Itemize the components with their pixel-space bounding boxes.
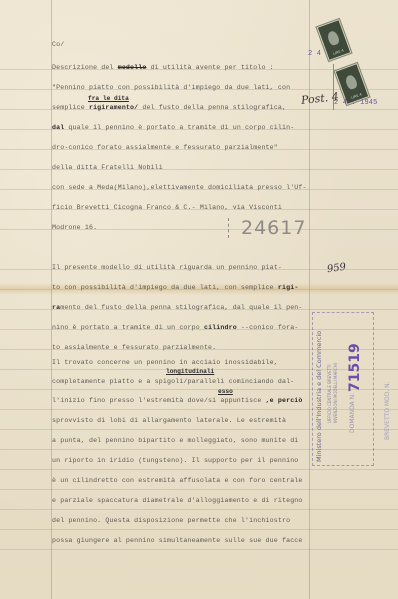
model-label: BREVETTO MOD. N. [384,360,391,440]
body-line-1: Il presente modello di utilità riguarda … [52,264,282,271]
right-margin-line [309,0,310,599]
office-line-2: INVENZIONI MODELLI MARCHI [333,333,338,423]
handwritten-reference: 959 [326,262,346,276]
title-line-9: Modrone 16. [52,224,97,231]
ministry-label: Ministero dell'Industria e del Commercio [315,317,323,462]
body-line-11: un riporto in iridio (tungsteno). Il sup… [52,457,298,464]
body-line-10: a punta, del pennino bipartito e mollegg… [52,437,298,444]
body-line-3: ramento del fusto della penna stilografi… [52,304,303,311]
text-fragment: to con possibilità d'impiego da due lati… [52,284,278,291]
bold-word: ,e perciò [266,397,303,404]
title-line-5: dro-conico forato assialmente e fessurat… [52,144,278,151]
body-line-14: del pennino. Questa disposizione permett… [52,517,290,524]
application-number: 71519 [347,317,363,392]
title-line-2: "Pennino piatto con possibilità d'impieg… [52,84,290,91]
body-line-6: Il trovato concerne un pennino in acciai… [52,359,278,366]
text-fragment: quale il pennino è portato a tramite di … [64,124,294,131]
application-label: DOMANDA N. [349,393,356,433]
cancellation-mark: 2 4 [308,50,321,58]
header-reference: Co/ [52,41,64,48]
portrait-icon [326,30,340,47]
number-stamp-bracket [228,218,230,238]
postage-stamp: LIRE 4 [317,19,352,61]
rule-line [0,509,398,510]
cancellation-date: 2 4 . 1945 [334,99,378,107]
title-line-6: della ditta Fratelli Nobili [52,164,163,171]
text-fragment: del fusto della penna stilografica, [138,104,286,111]
typed-insertion: esso [218,388,233,395]
rule-line [0,469,398,470]
body-line-8: l'inizio fino presso l'estremità dove/si… [52,397,303,404]
title-line-1: Descrizione del modello di utilità avent… [52,64,274,71]
text-fragment: Descrizione del [52,64,118,71]
text-fragment: di utilità avente per titolo : [146,64,273,71]
registry-stamp: Ministero dell'Industria e del Commercio… [312,312,374,466]
body-line-7: completamente piatto e a spigoli/paralle… [52,378,294,385]
typed-insertion: fra le dita [88,95,129,102]
document-page: Co/ Descrizione del modello di utilità a… [0,0,398,599]
text-fragment: mento del fusto della penna stilografica… [60,304,302,311]
title-line-8: ficio Brevetti Cicogna Franco & C.- Mila… [52,204,282,211]
body-line-4: nino è portato a tramite di un corpo cil… [52,324,298,331]
registration-number: 24617 [241,217,306,239]
body-line-5: to assialmente e fessurato parzialmente. [52,344,216,351]
body-line-15: possa giungere al pennino simultaneament… [52,537,303,544]
bold-word: cilindro [204,324,237,331]
body-line-2: to con possibilità d'impiego da due lati… [52,284,298,291]
title-line-3: semplice rigiramento/ del fusto della pe… [52,104,286,111]
rule-line [0,489,398,490]
text-fragment: semplice [52,104,89,111]
rule-line [0,529,398,530]
stamp-value: LIRE 4 [328,47,348,58]
body-line-9: sprovvisto di lobi di allargamento later… [52,417,286,424]
title-line-4: dal quale il pennino è portato a tramite… [52,124,294,131]
bold-word: ra [52,304,60,311]
text-fragment: l'inizio fino presso l'estremità dove/si… [52,397,266,404]
body-line-12: è un cilindretto con estremità affusolat… [52,477,303,484]
body-line-13: e parziale spaccatura diametrale d'allog… [52,497,303,504]
bold-word: rigiramento/ [89,104,138,111]
text-fragment: --conico fora- [237,324,299,331]
typed-insertion: longitudinali [166,368,214,375]
struck-word: modello [118,64,147,71]
rule-line [0,549,398,550]
text-fragment: nino è portato a tramite di un corpo [52,324,204,331]
portrait-icon [344,74,358,91]
office-line-1: UFFICIO CENTRALE BREVETTI [327,333,332,423]
bold-word: dal [52,124,64,131]
title-line-7: con sede a Meda(Milano),elettivamente do… [52,184,307,191]
bold-word: rigi- [278,284,299,291]
